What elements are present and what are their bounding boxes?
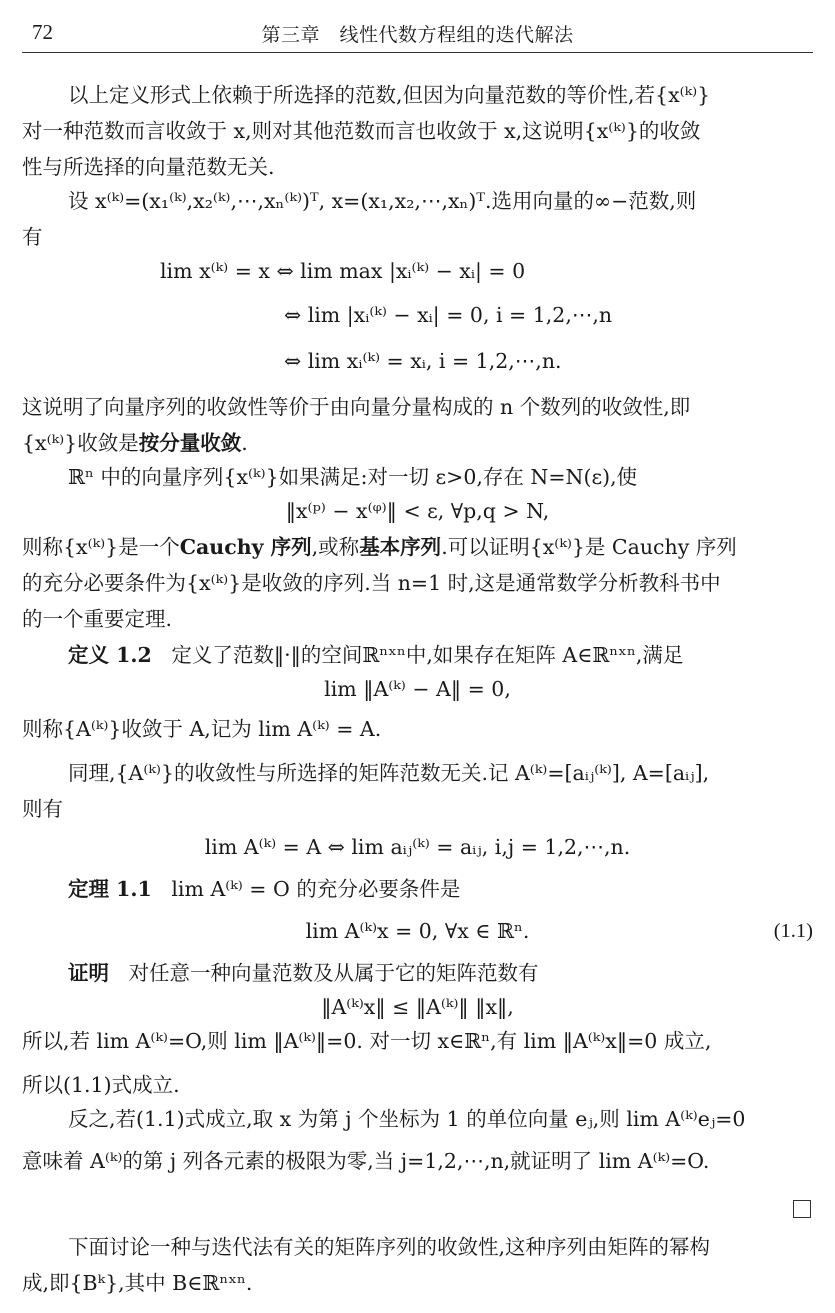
equation-line: ⇔ lim xᵢ⁽ᵏ⁾ = xᵢ, i = 1,2,⋯,n. xyxy=(22,346,813,378)
paragraph-line: 对一种范数而言收敛于 x,则对其他范数而言也收敛于 x,这说明{x⁽ᵏ⁾}的收敛 xyxy=(22,116,813,148)
bold-term: Cauchy 序列 xyxy=(180,535,312,559)
paragraph-line: 下面讨论一种与迭代法有关的矩阵序列的收敛性,这种序列由矩阵的幂构 xyxy=(22,1232,813,1264)
paragraph-line: 这说明了向量序列的收敛性等价于由向量分量构成的 n 个数列的收敛性,即 xyxy=(22,392,813,424)
equation-line: ⇔ lim |xᵢ⁽ᵏ⁾ − xᵢ| = 0, i = 1,2,⋯,n xyxy=(22,300,813,332)
paragraph-line: 则称{x⁽ᵏ⁾}是一个Cauchy 序列,或称基本序列.可以证明{x⁽ᵏ⁾}是 … xyxy=(22,532,813,564)
paragraph-line: 的一个重要定理. xyxy=(22,604,813,636)
equation-line: lim x⁽ᵏ⁾ = x ⇔ lim max |xᵢ⁽ᵏ⁾ − xᵢ| = 0 xyxy=(22,256,813,288)
text: 则称{x⁽ᵏ⁾}是一个 xyxy=(22,535,180,559)
theorem-line: 定理 1.1 lim A⁽ᵏ⁾ = O 的充分必要条件是 xyxy=(22,874,813,906)
text: 定义了范数‖·‖的空间ℝⁿˣⁿ中,如果存在矩阵 A∈ℝⁿˣⁿ,满足 xyxy=(171,643,683,667)
bold-term: 按分量收敛 xyxy=(139,431,242,455)
paragraph-line: 则称{A⁽ᵏ⁾}收敛于 A,记为 lim A⁽ᵏ⁾ = A. xyxy=(22,714,813,746)
paragraph-line: 以上定义形式上依赖于所选择的范数,但因为向量范数的等价性,若{x⁽ᵏ⁾} xyxy=(22,80,813,112)
bold-term: 基本序列 xyxy=(359,535,441,559)
equation: lim A⁽ᵏ⁾x = 0, ∀x ∈ ℝⁿ. xyxy=(306,919,530,943)
paragraph-line: 反之,若(1.1)式成立,取 x 为第 j 个坐标为 1 的单位向量 eⱼ,则 … xyxy=(22,1104,813,1136)
paragraph-line: 同理,{A⁽ᵏ⁾}的收敛性与所选择的矩阵范数无关.记 A⁽ᵏ⁾=[aᵢⱼ⁽ᵏ⁾]… xyxy=(22,758,813,790)
text: lim A⁽ᵏ⁾ = O 的充分必要条件是 xyxy=(171,877,460,901)
paragraph-line: 成,即{Bᵏ},其中 B∈ℝⁿˣⁿ. xyxy=(22,1268,813,1300)
paragraph-line: 则有 xyxy=(22,794,813,826)
text: 对任意一种向量范数及从属于它的矩阵范数有 xyxy=(129,961,539,985)
text: ,或称 xyxy=(312,535,360,559)
theorem-label: 定理 1.1 xyxy=(68,877,152,901)
equation-line: ‖x⁽ᵖ⁾ − x⁽ᵠ⁾‖ < ε, ∀p,q > N, xyxy=(22,496,813,528)
equation-line: lim ‖A⁽ᵏ⁾ − A‖ = 0, xyxy=(22,674,813,706)
text: {x⁽ᵏ⁾}收敛是 xyxy=(22,431,139,455)
equation-line: lim A⁽ᵏ⁾x = 0, ∀x ∈ ℝⁿ.(1.1) xyxy=(22,916,813,948)
paragraph-line: 意味着 A⁽ᵏ⁾的第 j 列各元素的极限为零,当 j=1,2,⋯,n,就证明了 … xyxy=(22,1146,813,1178)
paragraph-line: 有 xyxy=(22,222,813,254)
paragraph-line: ℝⁿ 中的向量序列{x⁽ᵏ⁾}如果满足:对一切 ε>0,存在 N=N(ε),使 xyxy=(22,462,813,494)
page-header: 72 第三章 线性代数方程组的迭代解法 xyxy=(22,14,813,53)
definition-line: 定义 1.2 定义了范数‖·‖的空间ℝⁿˣⁿ中,如果存在矩阵 A∈ℝⁿˣⁿ,满足 xyxy=(22,640,813,672)
chapter-title: 第三章 线性代数方程组的迭代解法 xyxy=(22,20,813,47)
paragraph-line: 设 x⁽ᵏ⁾=(x₁⁽ᵏ⁾,x₂⁽ᵏ⁾,⋯,xₙ⁽ᵏ⁾)ᵀ, x=(x₁,x₂,… xyxy=(22,186,813,218)
paragraph-line: {x⁽ᵏ⁾}收敛是按分量收敛. xyxy=(22,428,813,460)
paragraph-line: 所以,若 lim A⁽ᵏ⁾=O,则 lim ‖A⁽ᵏ⁾‖=0. 对一切 x∈ℝⁿ… xyxy=(22,1026,813,1058)
proof-label: 证明 xyxy=(68,961,109,985)
proof-line: 证明 对任意一种向量范数及从属于它的矩阵范数有 xyxy=(22,958,813,990)
definition-label: 定义 1.2 xyxy=(68,643,152,667)
equation-line: lim A⁽ᵏ⁾ = A ⇔ lim aᵢⱼ⁽ᵏ⁾ = aᵢⱼ, i,j = 1… xyxy=(22,832,813,864)
qed-box-icon xyxy=(793,1200,811,1218)
paragraph-line: 所以(1.1)式成立. xyxy=(22,1070,813,1102)
equation-number: (1.1) xyxy=(774,916,813,946)
equation-line: ‖A⁽ᵏ⁾x‖ ≤ ‖A⁽ᵏ⁾‖ ‖x‖, xyxy=(22,992,813,1024)
text: .可以证明{x⁽ᵏ⁾}是 Cauchy 序列 xyxy=(441,535,737,559)
paragraph-line: 的充分必要条件为{x⁽ᵏ⁾}是收敛的序列.当 n=1 时,这是通常数学分析教科书… xyxy=(22,568,813,600)
paragraph-line: 性与所选择的向量范数无关. xyxy=(22,152,813,184)
